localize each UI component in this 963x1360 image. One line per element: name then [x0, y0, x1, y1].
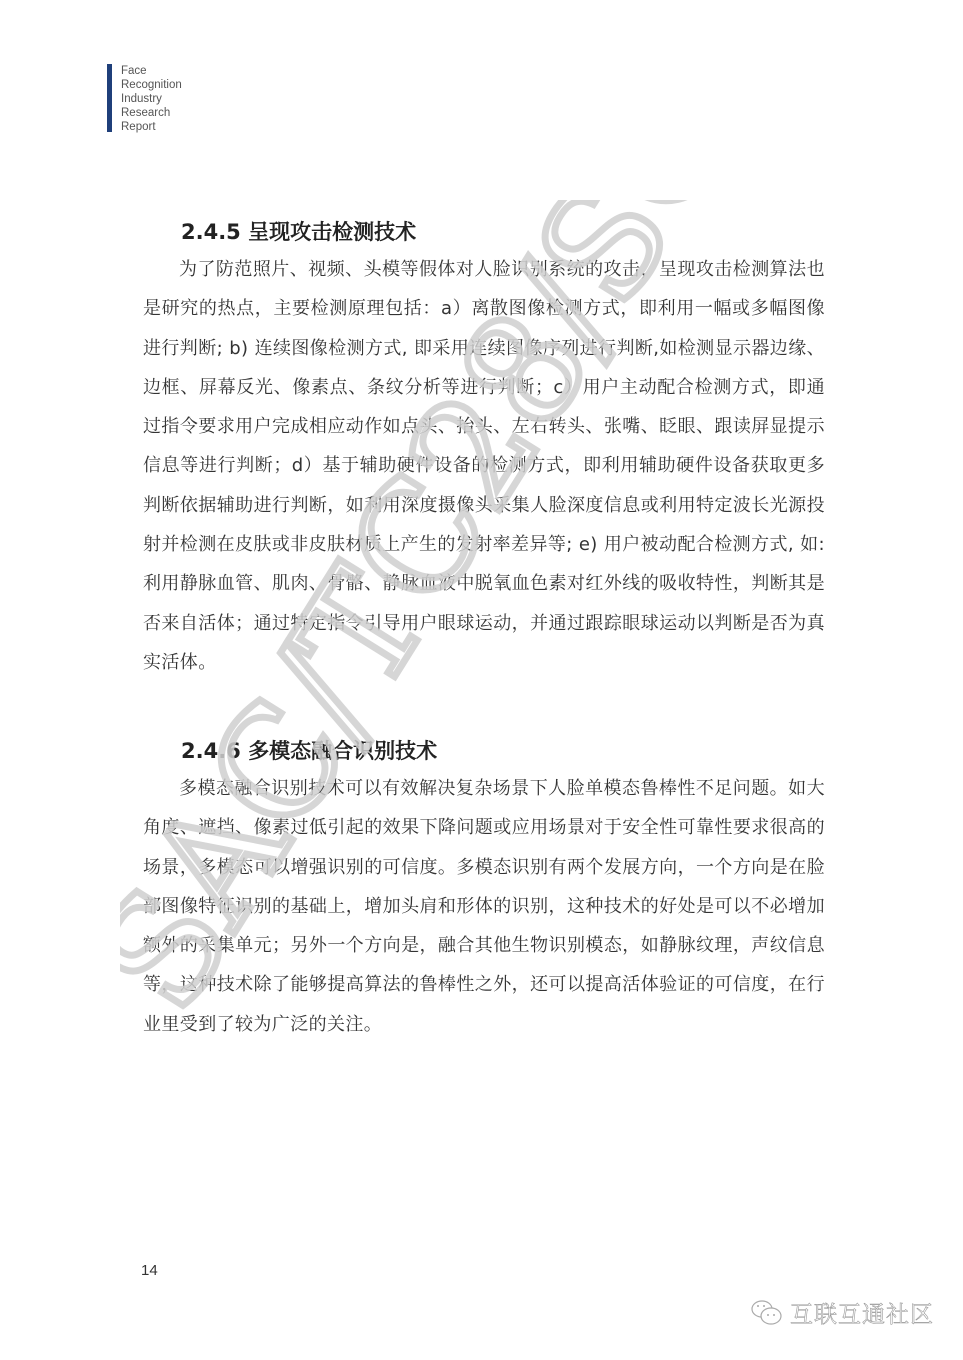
wechat-icon [750, 1298, 784, 1328]
header-accent-bar [107, 64, 112, 132]
header-line: Report [121, 120, 182, 134]
header-line: Face [121, 64, 182, 78]
footer-brand-name: 互联互通社区 [790, 1296, 934, 1329]
report-series-title: Face Recognition Industry Research Repor… [121, 64, 182, 134]
section-2-4-5: 2.4.5 呈现攻击检测技术 为了防范照片、视频、头模等假体对人脸识别系统的攻击… [143, 216, 825, 682]
header-line: Research [121, 106, 182, 120]
section-paragraph: 为了防范照片、视频、头模等假体对人脸识别系统的攻击，呈现攻击检测算法也是研究的热… [143, 250, 825, 682]
section-title: 2.4.6 多模态融合识别技术 [143, 735, 825, 765]
section-2-4-6: 2.4.6 多模态融合识别技术 多模态融合识别技术可以有效解决复杂场景下人脸单模… [143, 735, 825, 1044]
header-line: Industry [121, 92, 182, 106]
section-title: 2.4.5 呈现攻击检测技术 [143, 216, 825, 246]
header-line: Recognition [121, 78, 182, 92]
section-paragraph: 多模态融合识别技术可以有效解决复杂场景下人脸单模态鲁棒性不足问题。如大角度、遮挡… [143, 769, 825, 1044]
report-header: Face Recognition Industry Research Repor… [107, 64, 182, 134]
footer-brand: 互联互通社区 [750, 1296, 934, 1329]
page-number: 14 [141, 1262, 158, 1279]
